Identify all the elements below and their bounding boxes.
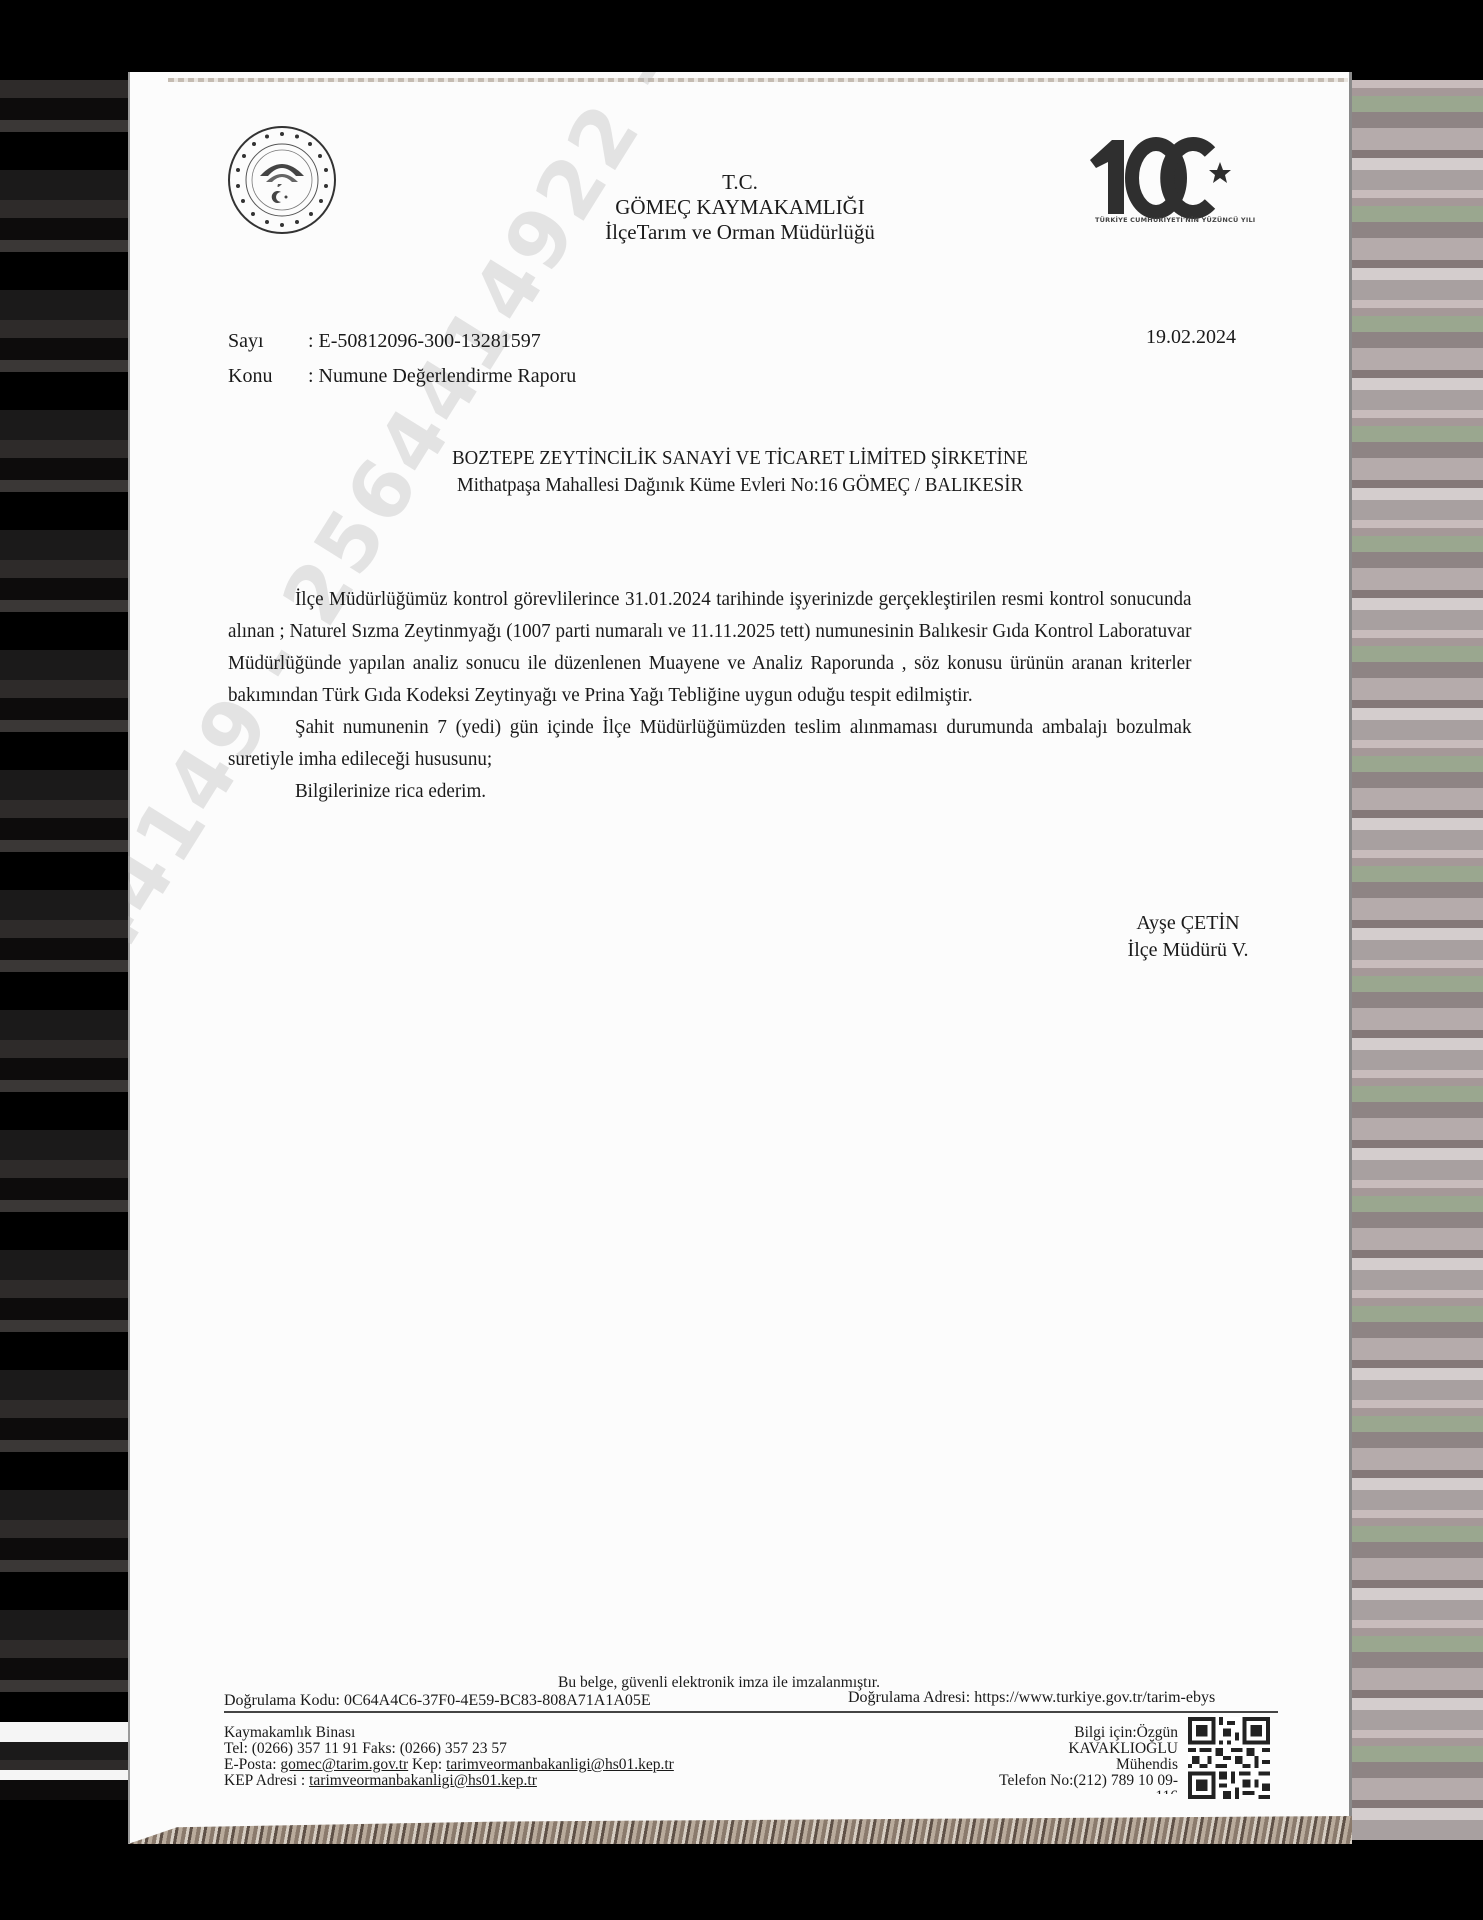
footer-kep-address-line: KEP Adresi : tarimveormanbakanligi@hs01.… (224, 1772, 537, 1789)
header-tc: T.C. (128, 170, 1352, 195)
letter-body: İlçe Müdürlüğümüz kontrol görevlilerince… (228, 583, 1191, 807)
info-phone: Telefon No:(212) 789 10 09- (928, 1772, 1178, 1789)
kep-label: Kep: (408, 1756, 446, 1773)
konu-label: Konu (228, 365, 272, 388)
footer-divider (224, 1711, 1278, 1713)
recipient-address: Mithatpaşa Mahallesi Dağınık Küme Evleri… (165, 472, 1316, 499)
kep-address-label: KEP Adresi : (224, 1772, 309, 1789)
header-institution: GÖMEÇ KAYMAKAMLIĞI (128, 195, 1352, 220)
recipient-name: BOZTEPE ZEYTİNCİLİK SANAYİ VE TİCARET Lİ… (165, 445, 1316, 472)
body-paragraph-3: Bilgilerinize rica ederim. (228, 775, 1191, 807)
info-name: KAVAKLIOĞLU (978, 1740, 1178, 1757)
footer-building: Kaymakamlık Binası (224, 1724, 355, 1741)
email-link[interactable]: gomec@tarim.gov.tr (280, 1756, 408, 1773)
esign-note: Bu belge, güvenli elektronik imza ile im… (558, 1674, 880, 1691)
document-page: 25644149 - 2564414922 - 2564414922 - 256… (128, 72, 1352, 1844)
page-top-edge (168, 78, 1348, 82)
kep-link[interactable]: tarimveormanbakanligi@hs01.kep.tr (446, 1756, 674, 1773)
kep-address-link[interactable]: tarimveormanbakanligi@hs01.kep.tr (309, 1772, 537, 1789)
header-department: İlçeTarım ve Orman Müdürlüğü (128, 220, 1352, 245)
sayi-value: : E-50812096-300-13281597 (308, 330, 541, 353)
konu-value: : Numune Değerlendirme Raporu (308, 365, 576, 388)
email-label: E-Posta: (224, 1756, 280, 1773)
info-label: Bilgi için:Özgün (978, 1724, 1178, 1741)
signatory-name: Ayşe ÇETİN (1088, 910, 1288, 937)
info-phone-ext: 116 (978, 1788, 1178, 1794)
background-left-band (0, 1770, 128, 1780)
document-date: 19.02.2024 (1146, 326, 1236, 349)
sayi-label: Sayı (228, 330, 264, 353)
signatory-title: İlçe Müdürü V. (1088, 937, 1288, 964)
verification-code: Doğrulama Kodu: 0C64A4C6-37F0-4E59-BC83-… (224, 1692, 651, 1709)
footer-phone-fax: Tel: (0266) 357 11 91 Faks: (0266) 357 2… (224, 1740, 507, 1757)
background-left-strip (0, 80, 128, 1800)
background-left-band (0, 1722, 128, 1742)
verification-address[interactable]: Doğrulama Adresi: https://www.turkiye.go… (848, 1689, 1215, 1706)
body-paragraph-1: İlçe Müdürlüğümüz kontrol görevlilerince… (228, 583, 1191, 711)
info-title: Mühendis (978, 1756, 1178, 1773)
qr-code-icon[interactable] (1188, 1717, 1270, 1799)
page-bottom-edge (128, 1816, 1352, 1844)
background-right-strip (1352, 80, 1483, 1840)
body-paragraph-2: Şahit numunenin 7 (yedi) gün içinde İlçe… (228, 711, 1191, 775)
footer-email-line: E-Posta: gomec@tarim.gov.tr Kep: tarimve… (224, 1756, 674, 1773)
